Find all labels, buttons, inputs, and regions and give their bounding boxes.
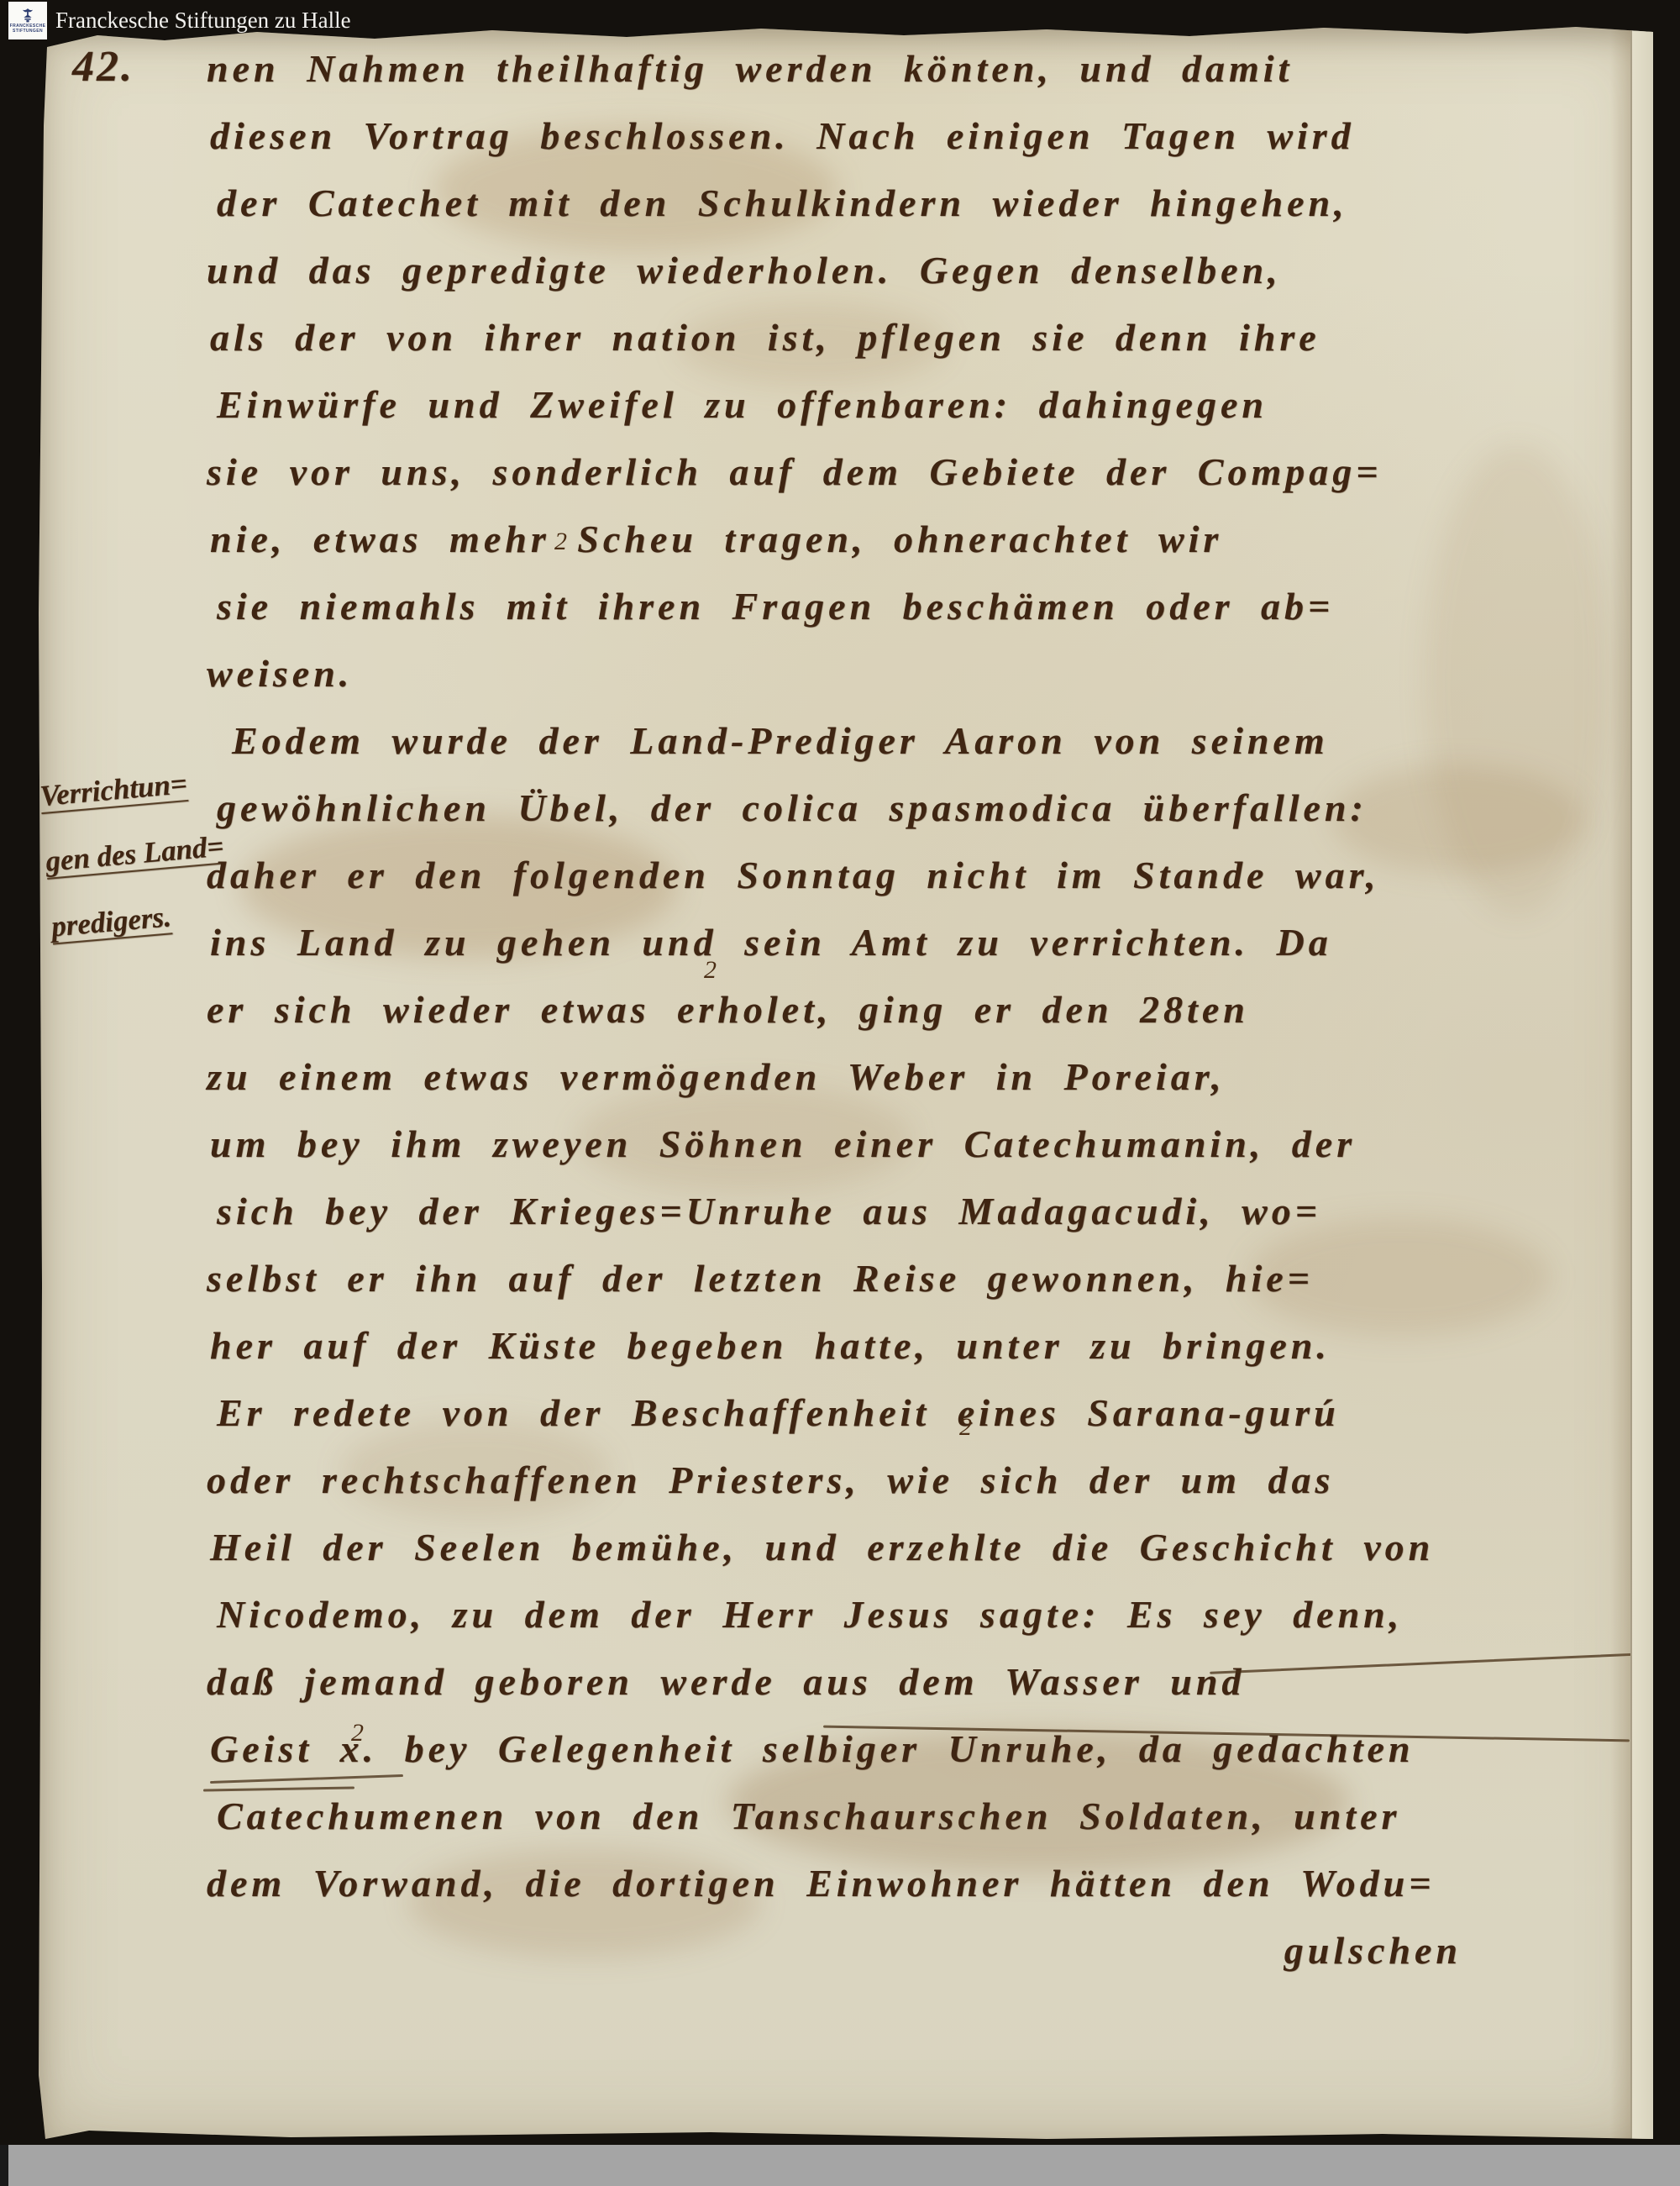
manuscript-line: dem Vorwand, die dortigen Einwohner hätt… xyxy=(207,1850,1635,1917)
manuscript-line: um bey ihm zweyen Söhnen einer Catechuma… xyxy=(210,1111,1638,1178)
manuscript-line: Eodem wurde der Land-Prediger Aaron von … xyxy=(232,707,1638,775)
eagle-emblem-icon xyxy=(19,8,36,24)
manuscript-line: sie vor uns, sonderlich auf dem Gebiete … xyxy=(207,439,1635,506)
credit-bar xyxy=(0,2145,1680,2186)
manuscript-line: sie niemahls mit ihren Fragen beschämen … xyxy=(217,573,1645,640)
manuscript-line: daß jemand geboren werde aus dem Wasser … xyxy=(207,1648,1635,1716)
francke-foundations-logo[interactable]: FRANCKESCHE STIFTUNGEN xyxy=(8,2,47,39)
manuscript-text-block: nen Nahmen theilhaftig werden könten, un… xyxy=(210,35,1638,1984)
catchword: gulschen xyxy=(210,1917,1638,1984)
bar-edge xyxy=(0,2145,8,2186)
insertion-mark: 2 xyxy=(959,1413,972,1442)
manuscript-line: nen Nahmen theilhaftig werden könten, un… xyxy=(207,35,1635,102)
manuscript-line: Heil der Seelen bemühe, und erzehlte die… xyxy=(210,1514,1638,1581)
manuscript-line: ins Land zu gehen und sein Amt zu verric… xyxy=(210,909,1638,976)
manuscript-line: Catechumenen von den Tanschaurschen Sold… xyxy=(217,1783,1645,1850)
manuscript-line: Einwürfe und Zweifel zu offenbaren: dahi… xyxy=(217,371,1645,439)
manuscript-line: selbst er ihn auf der letzten Reise gewo… xyxy=(207,1245,1635,1312)
manuscript-page: 42. Verrichtun= gen des Land= predigers.… xyxy=(39,25,1653,2139)
manuscript-line: Geist x. bey Gelegenheit selbiger Unruhe… xyxy=(210,1716,1638,1783)
credit-bar-label: Franckesche Stiftungen zu Halle xyxy=(55,0,351,41)
manuscript-line: er sich wieder etwas erholet, ging er de… xyxy=(207,976,1645,1043)
manuscript-line: als der von ihrer nation ist, pflegen si… xyxy=(210,304,1638,371)
page-fold-shadow xyxy=(1610,25,1632,2139)
scan-viewport: 42. Verrichtun= gen des Land= predigers.… xyxy=(0,0,1680,2186)
manuscript-line: und das gepredigte wiederholen. Gegen de… xyxy=(207,237,1635,304)
manuscript-line: gewöhnlichen Übel, der colica spasmodica… xyxy=(217,775,1645,842)
insertion-mark: 2 xyxy=(351,1719,364,1747)
insertion-mark: 2 xyxy=(704,956,717,985)
manuscript-line: zu einem etwas vermögenden Weber in Pore… xyxy=(207,1043,1635,1111)
manuscript-line: daher er den folgenden Sonntag nicht im … xyxy=(207,842,1635,909)
manuscript-line: weisen. xyxy=(207,640,1635,707)
manuscript-line: her auf der Küste begeben hatte, unter z… xyxy=(210,1312,1638,1379)
manuscript-line: diesen Vortrag beschlossen. Nach einigen… xyxy=(210,102,1638,170)
page-number: 42. xyxy=(72,42,134,92)
manuscript-line: oder rechtschaffenen Priesters, wie sich… xyxy=(207,1447,1635,1514)
manuscript-line: Nicodemo, zu dem der Herr Jesus sagte: E… xyxy=(217,1581,1645,1648)
logo-text-line: STIFTUNGEN xyxy=(13,29,43,34)
insertion-mark: 2 xyxy=(554,528,567,556)
manuscript-line: Er redete von der Beschaffenheit eines S… xyxy=(217,1379,1645,1447)
manuscript-line: nie, etwas mehr Scheu tragen, ohnerachte… xyxy=(210,506,1638,573)
page-fold-edge xyxy=(1630,25,1653,2139)
manuscript-line: sich bey der Krieges=Unruhe aus Madagacu… xyxy=(217,1178,1645,1245)
manuscript-line: der Catechet mit den Schulkindern wieder… xyxy=(217,170,1645,237)
